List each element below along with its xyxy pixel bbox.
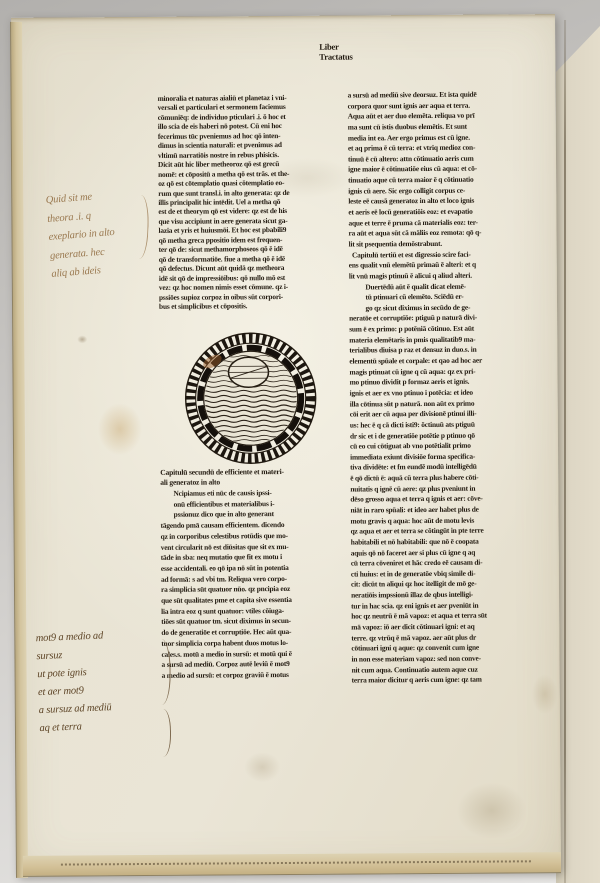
marginalia-brace	[158, 709, 171, 757]
marginalia-top: Quid sit metheora .i. qexeplario in alto…	[45, 183, 176, 285]
gutter-fold-line	[564, 20, 566, 883]
left-column-block1: minoralia et naturas aialiū et planetaz …	[158, 93, 344, 312]
running-header-line2: Tractatus	[319, 52, 352, 62]
elemental-spheres-woodcut	[182, 330, 319, 467]
book-page: Liber Tractatus minoralia et naturas aia…	[11, 14, 561, 876]
running-header: Liber Tractatus	[319, 42, 353, 62]
stain	[77, 335, 87, 343]
adjacent-page-leaf	[556, 0, 600, 883]
chapter-heading: Capitulū secundū de efficiente et materi…	[160, 467, 344, 488]
right-column-block: a sursū ad mediū sive deorsuz. Et ista q…	[348, 89, 542, 686]
stain	[244, 752, 280, 782]
stain	[98, 403, 142, 455]
book-photograph: Liber Tractatus minoralia et naturas aia…	[0, 0, 600, 883]
page-fore-edge-left	[10, 22, 28, 878]
running-header-line1: Liber	[319, 42, 352, 52]
stain	[456, 782, 526, 838]
left-column-block2: Ncipiamus eti nūc de causis ipssi- onū e…	[160, 488, 345, 682]
